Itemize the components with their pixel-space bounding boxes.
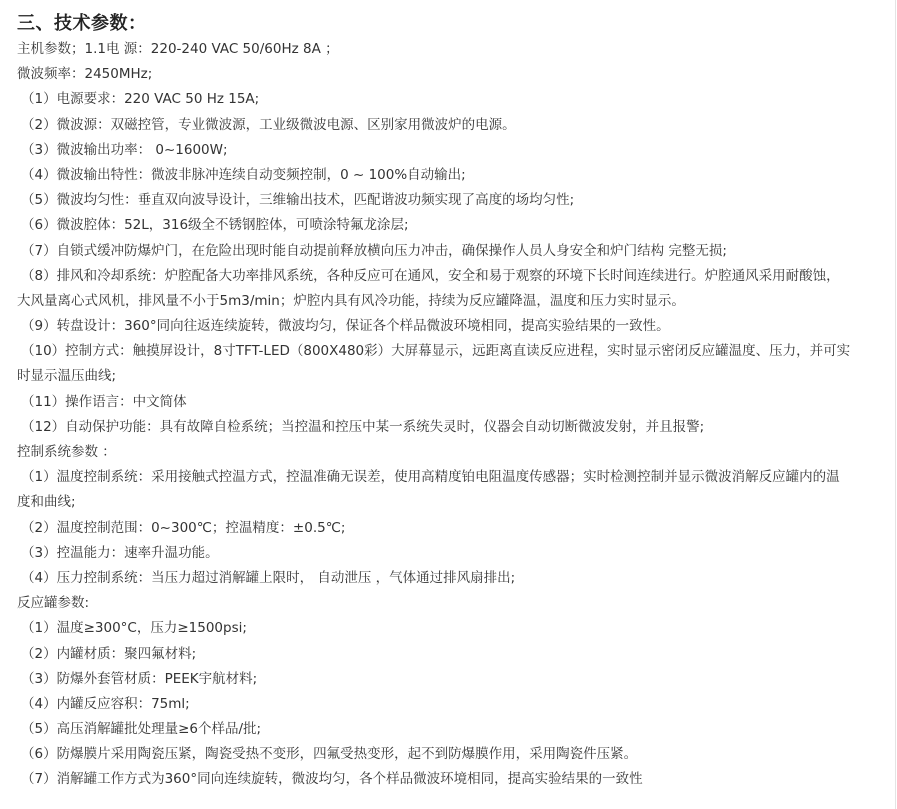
spec-line-temp-range: （2）温度控制范围：0~300℃；控温精度：±0.5℃; (17, 516, 887, 541)
subheading-control-system: 控制系统参数 ： (17, 440, 887, 465)
spec-line-rotation-mode: （7）消解罐工作方式为360°同向连续旋转，微波均匀，各个样品微波环境相同，提高… (17, 767, 887, 792)
spec-line-cavity: （6）微波腔体：52L，316级全不锈钢腔体，可喷涂特氟龙涂层; (17, 213, 887, 238)
spec-line-uniformity: （5）微波均匀性：垂直双向波导设计，三维输出技术，匹配谐波功频实现了高度的场均匀… (17, 188, 887, 213)
spec-line-host-power: 主机参数；1.1电 源：220-240 VAC 50/60Hz 8A ； (17, 37, 887, 62)
spec-line-pressure-control: （4）压力控制系统：当压力超过消解罐上限时， 自动泄压 ，气体通过排风扇排出; (17, 566, 887, 591)
spec-line-output-characteristics: （4）微波输出特性：微波非脉冲连续自动变频控制，0 ~ 100%自动输出; (17, 163, 887, 188)
spec-line-output-power: （3）微波输出功率： 0~1600W; (17, 138, 887, 163)
spec-line-temp-control-system: （1）温度控制系统：采用接触式控温方式，控温准确无误差，使用高精度铂电阻温度传感… (17, 465, 887, 490)
spec-line-inner-volume: （4）内罐反应容积：75ml; (17, 692, 887, 717)
spec-line-control-mode-cont: 时显示温压曲线; (17, 364, 887, 389)
spec-line-vessel-temp-pressure: （1）温度≥300°C，压力≥1500psi; (17, 616, 887, 641)
spec-line-microwave-frequency: 微波频率：2450MHz; (17, 62, 887, 87)
spec-line-control-mode: （10）控制方式：触摸屏设计，8寸TFT-LED（800X480彩）大屏幕显示，… (17, 339, 887, 364)
spec-line-microwave-source: （2）微波源：双磁控管，专业微波源，工业级微波电源、区别家用微波炉的电源。 (17, 113, 887, 138)
document-page: 三、技术参数： 主机参数；1.1电 源：220-240 VAC 50/60Hz … (0, 0, 893, 809)
spec-line-batch-capacity: （5）高压消解罐批处理量≥6个样品/批; (17, 717, 887, 742)
spec-line-sleeve-material: （3）防爆外套管材质：PEEK宇航材料; (17, 667, 887, 692)
spec-line-exhaust-cooling: （8）排风和冷却系统：炉腔配备大功率排风系统，各种反应可在通风，安全和易于观察的… (17, 264, 887, 289)
spec-line-temp-control-system-cont: 度和曲线; (17, 490, 887, 515)
section-heading: 三、技术参数： (17, 9, 147, 35)
spec-line-rupture-disk: （6）防爆膜片采用陶瓷压紧，陶瓷受热不变形，四氟受热变形，起不到防爆膜作用，采用… (17, 742, 887, 767)
spec-line-power-requirement: （1）电源要求：220 VAC 50 Hz 15A; (17, 87, 887, 112)
spec-line-exhaust-cooling-cont: 大风量离心式风机，排风量不小于5m3/min；炉腔内具有风冷功能，持续为反应罐降… (17, 289, 887, 314)
spec-line-temp-capability: （3）控温能力：速率升温功能。 (17, 541, 887, 566)
spec-line-turntable: （9）转盘设计：360°同向往返连续旋转，微波均匀，保证各个样品微波环境相同，提… (17, 314, 887, 339)
spec-line-auto-protection: （12）自动保护功能：具有故障自检系统；当控温和控压中某一系统失灵时，仪器会自动… (17, 415, 887, 440)
page-right-border (895, 0, 896, 809)
spec-content: 主机参数；1.1电 源：220-240 VAC 50/60Hz 8A ； 微波频… (17, 37, 887, 793)
spec-line-inner-material: （2）内罐材质：聚四氟材料; (17, 642, 887, 667)
subheading-vessel-params: 反应罐参数: (17, 591, 887, 616)
spec-line-door: （7）自锁式缓冲防爆炉门，在危险出现时能自动提前释放横向压力冲击，确保操作人员人… (17, 239, 887, 264)
spec-line-language: （11）操作语言：中文简体 (17, 390, 887, 415)
